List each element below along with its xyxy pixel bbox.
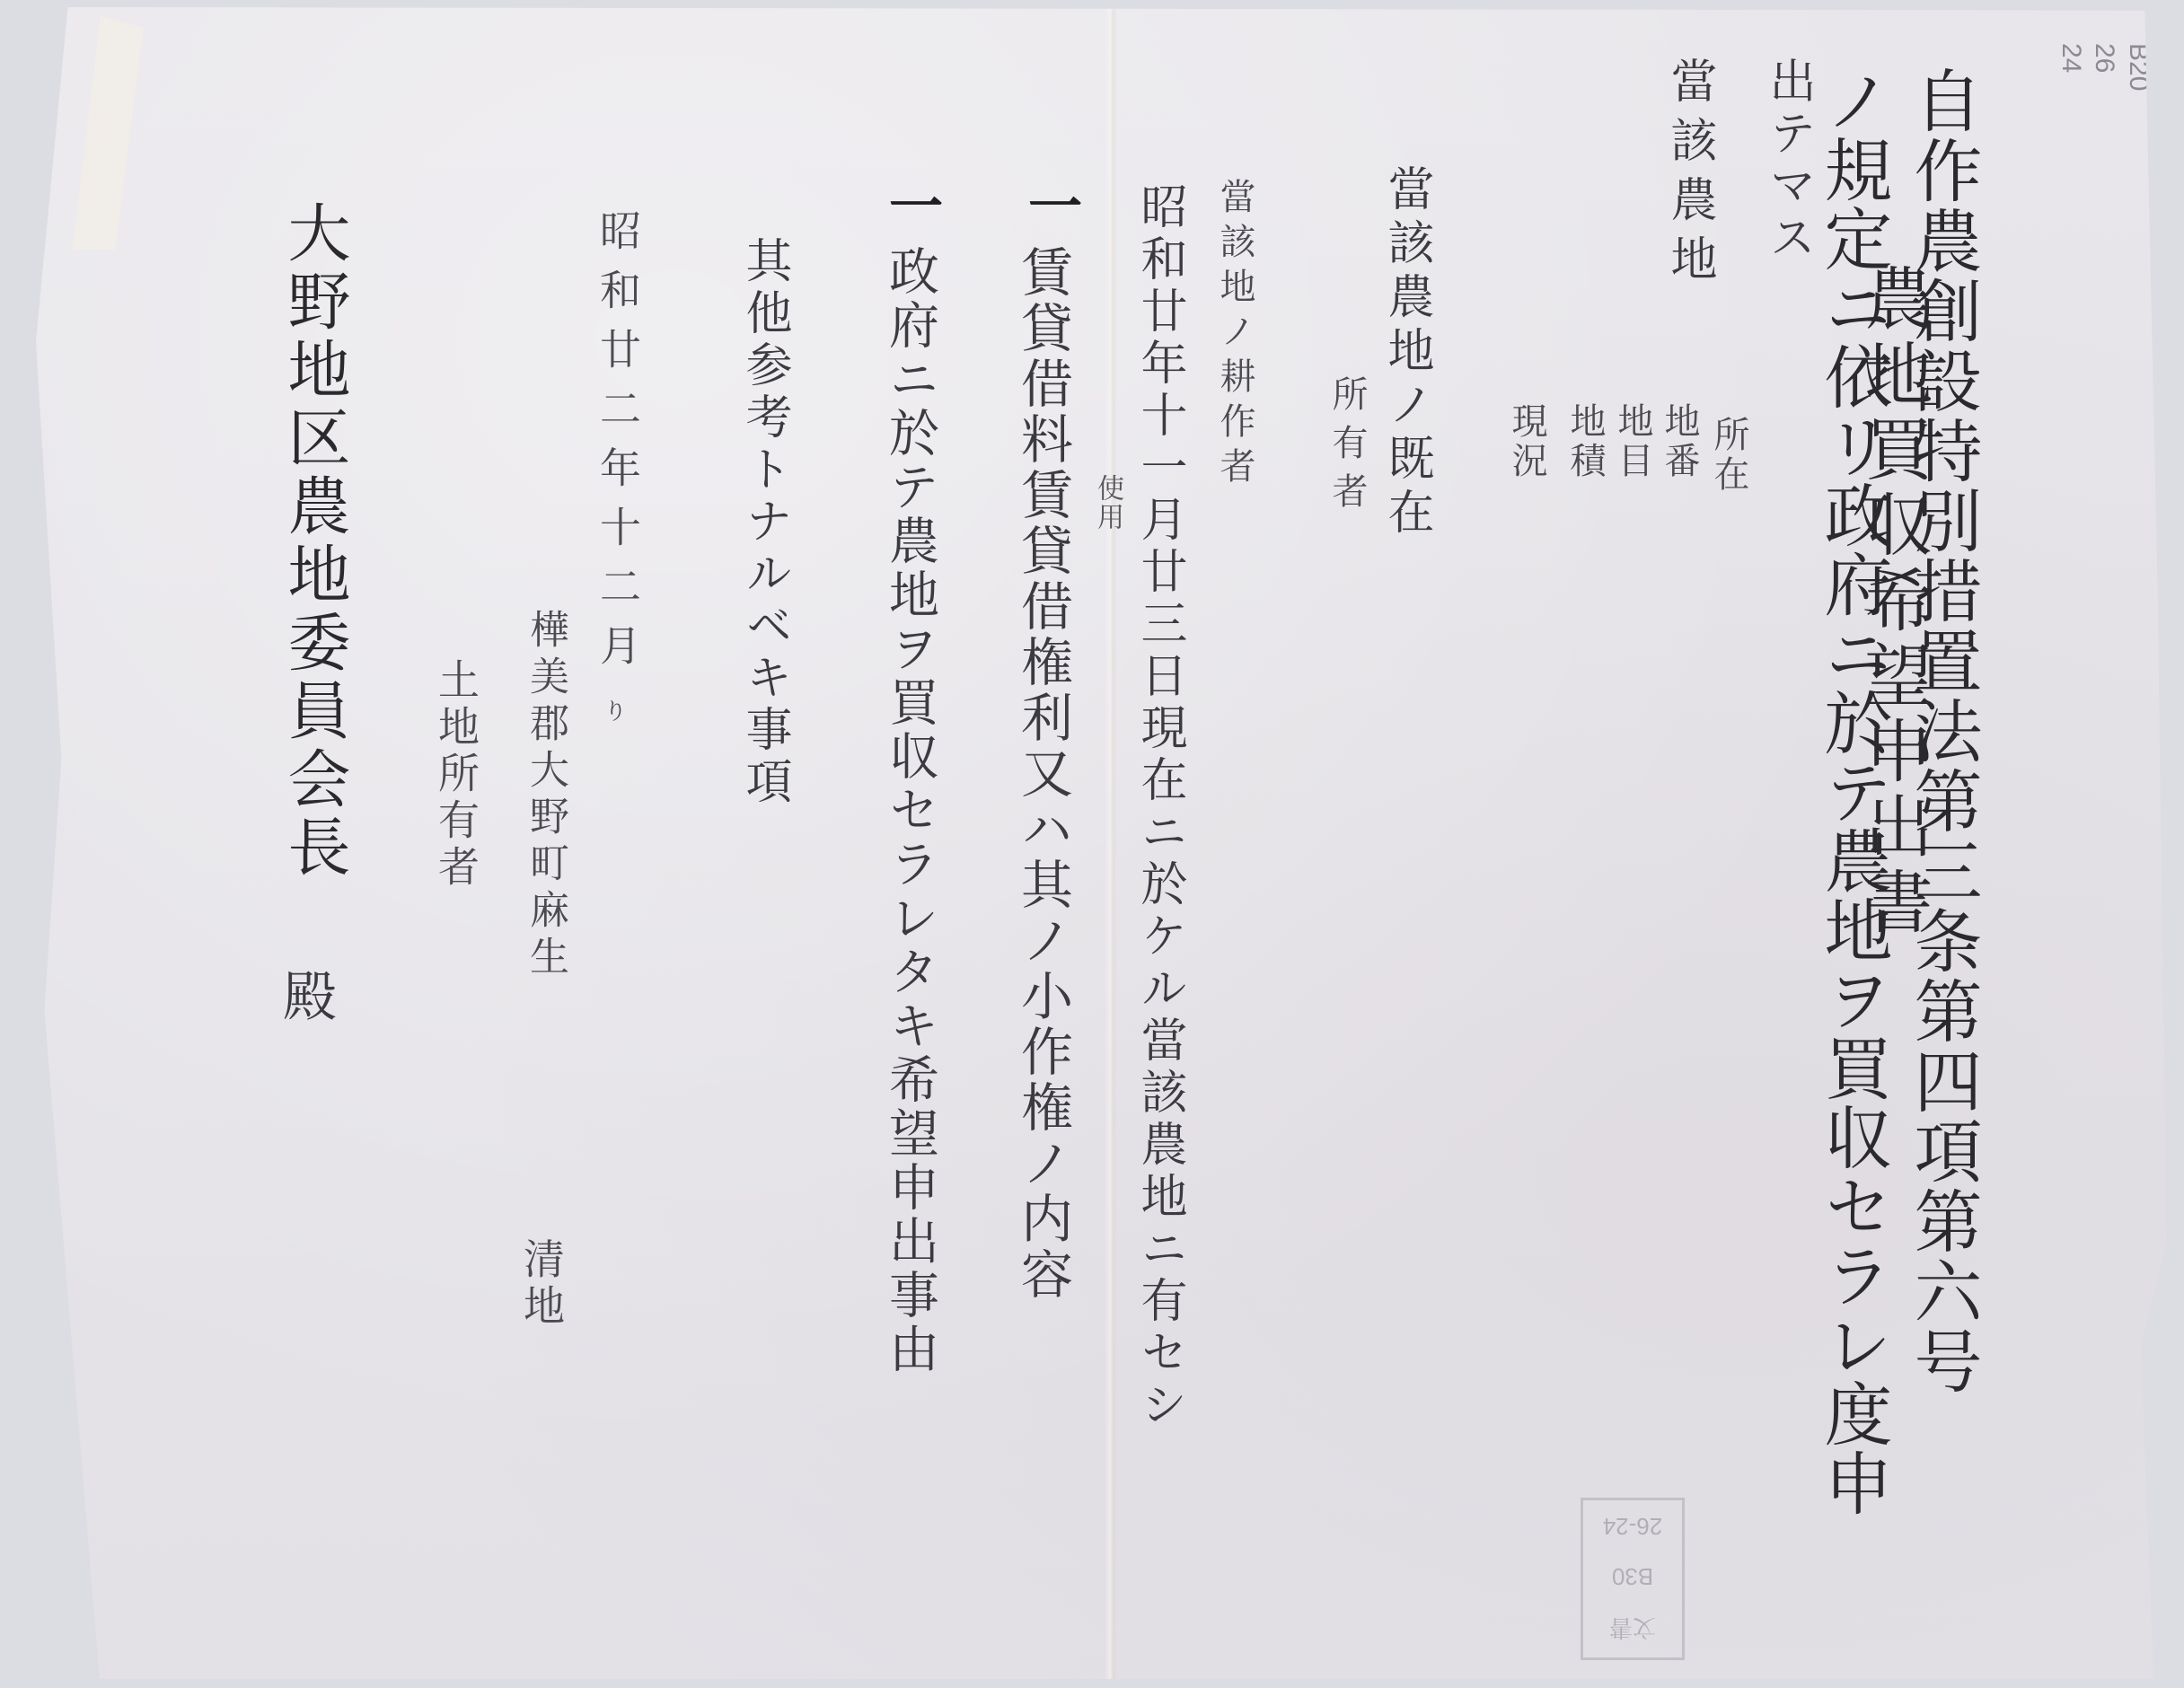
- item-marker-1: 一: [1024, 178, 1078, 237]
- section-header-farmland: 當該農地: [1666, 57, 1713, 294]
- applicant-role: 土地所有者: [436, 658, 477, 892]
- archive-code-line: B20: [2122, 43, 2156, 91]
- archive-code-line: 26: [2088, 43, 2122, 91]
- document-sheet: B20 26 24 農地買収希望申出書 自作農創設特別措置法第三条第四項第六号 …: [36, 7, 2166, 1679]
- repair-tape: [72, 16, 144, 250]
- section-header-owner: 當該農地ノ既在: [1383, 164, 1430, 541]
- archive-stamp: 文書 B30 26-24: [1581, 1498, 1685, 1660]
- item-other-references: 其他参考トナルベキ事項: [741, 236, 788, 809]
- correction-ruby: 使用: [1094, 474, 1121, 532]
- body-line-2: ノ規定ニ依リ政府ニ於テ農地ヲ買収セラレ度申: [1819, 66, 1887, 1517]
- center-fold-crease: [1105, 7, 1117, 1679]
- submission-date: 昭和廿二年十二月: [597, 209, 638, 683]
- item-lease-terms: 賃貸借料賃貸借権利又ハ其ノ小作権ノ内容: [1017, 245, 1069, 1303]
- body-line-3: 出テマス: [1765, 57, 1811, 265]
- item-purchase-reason: 政府ニ於テ農地ヲ買収セラレタキ希望申出事由: [885, 245, 935, 1376]
- stamp-line: B30: [1612, 1562, 1653, 1590]
- item-marker-2: 一: [885, 178, 938, 237]
- section-header-cultivator: 當該地ノ耕作者: [1217, 178, 1253, 492]
- reference-date-line: 昭和廿年十一月廿三日現在ニ於ケル當該農地ニ有セシ: [1136, 182, 1183, 1432]
- addressee: 大野地区農地委員会長: [283, 200, 346, 883]
- label-owner: 所有者: [1329, 375, 1365, 521]
- honorific: 殿: [278, 968, 332, 1027]
- label-location: 所在: [1711, 416, 1747, 495]
- body-line-1: 自作農創設特別措置法第三条第四項第六号: [1908, 66, 1977, 1396]
- label-lot-number: 地番: [1661, 402, 1697, 481]
- stamp-line: 26-24: [1603, 1512, 1663, 1540]
- stray-mark: り: [602, 699, 625, 725]
- label-area: 地積: [1567, 402, 1603, 481]
- archive-code-line: 24: [2055, 43, 2089, 91]
- archive-code: B20 26 24: [2055, 43, 2156, 91]
- applicant-name: 清地: [521, 1237, 562, 1331]
- applicant-address: 樺美郡大野町麻生: [525, 609, 565, 982]
- stamp-line: 文書: [1609, 1613, 1656, 1646]
- label-land-category: 地目: [1615, 402, 1651, 481]
- label-current-status: 現況: [1509, 402, 1545, 481]
